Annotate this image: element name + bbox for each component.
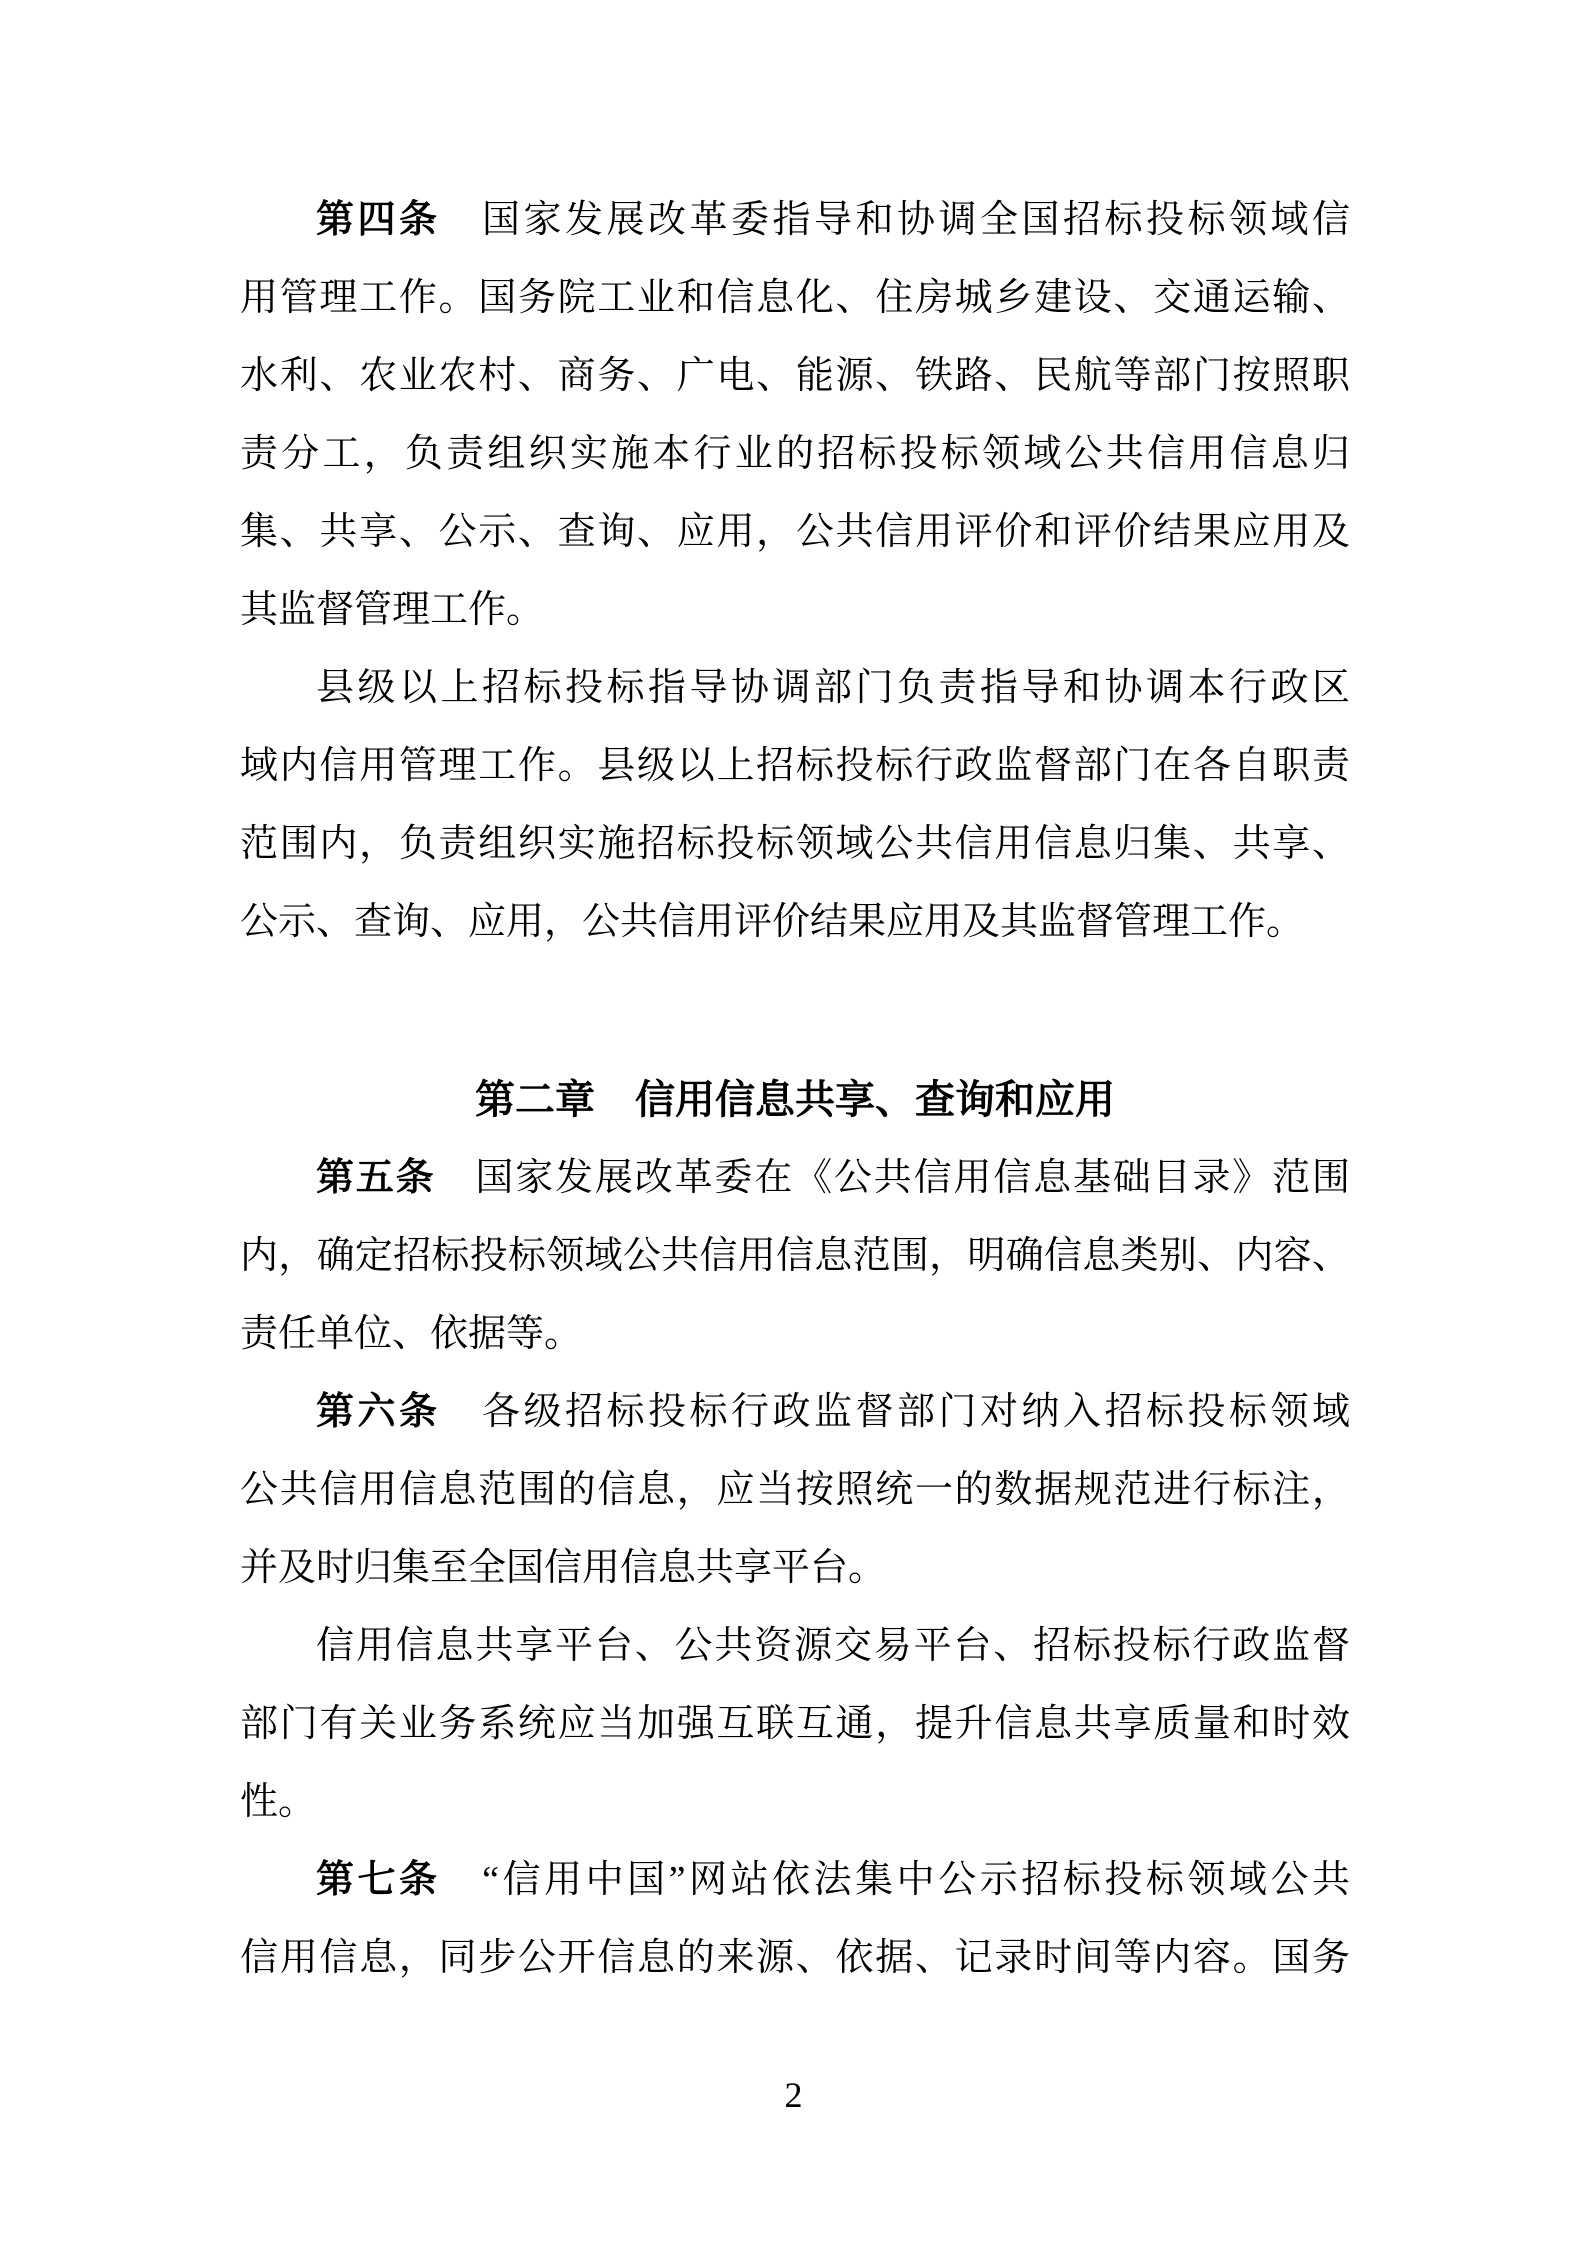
text-line: 第六条 各级招标投标行政监督部门对纳入招标投标领域 <box>240 1373 1350 1451</box>
text-segment: “信用中国”网站依法集中公示招标投标领域公共 <box>441 1859 1350 1901</box>
page-number: 2 <box>785 2075 803 2115</box>
text-segment: 各级招标投标行政监督部门对纳入招标投标领域 <box>441 1391 1350 1433</box>
text-line: 第五条 国家发展改革委在《公共信用信息基础目录》范围 <box>240 1139 1350 1217</box>
text-line: 集、共享、公示、查询、应用，公共信用评价和评价结果应用及 <box>240 493 1350 571</box>
text-line: 范围内，负责组织实施招标投标领域公共信用信息归集、共享、 <box>240 805 1350 883</box>
text-line: 信用信息共享平台、公共资源交易平台、招标投标行政监督 <box>240 1607 1350 1685</box>
chapter-2-heading: 第二章 信用信息共享、查询和应用 <box>240 1061 1350 1139</box>
text-line: 第四条 国家发展改革委指导和协调全国招标投标领域信 <box>240 181 1350 259</box>
text-line: 用管理工作。国务院工业和信息化、住房城乡建设、交通运输、 <box>240 259 1350 337</box>
text-line: 其监督管理工作。 <box>240 571 1350 649</box>
text-line: 责任单位、依据等。 <box>240 1295 1350 1373</box>
text-line: 公示、查询、应用，公共信用评价结果应用及其监督管理工作。 <box>240 883 1350 961</box>
document-page: 第四条 国家发展改革委指导和协调全国招标投标领域信 用管理工作。国务院工业和信息… <box>0 0 1587 2245</box>
article-4-label: 第四条 <box>316 199 441 241</box>
text-line: 信用信息，同步公开信息的来源、依据、记录时间等内容。国务 <box>240 1919 1350 1997</box>
text-line: 县级以上招标投标指导协调部门负责指导和协调本行政区 <box>240 649 1350 727</box>
paragraph-article-4: 第四条 国家发展改革委指导和协调全国招标投标领域信 用管理工作。国务院工业和信息… <box>240 181 1350 649</box>
article-5-label: 第五条 <box>316 1157 436 1199</box>
page-footer: 2 <box>0 2056 1587 2134</box>
paragraph-platform: 信用信息共享平台、公共资源交易平台、招标投标行政监督 部门有关业务系统应当加强互… <box>240 1607 1350 1841</box>
paragraph-county-level: 县级以上招标投标指导协调部门负责指导和协调本行政区 域内信用管理工作。县级以上招… <box>240 649 1350 961</box>
text-segment: 国家发展改革委在《公共信用信息基础目录》范围 <box>436 1157 1350 1199</box>
text-segment: 国家发展改革委指导和协调全国招标投标领域信 <box>441 199 1350 241</box>
document-body: 第四条 国家发展改革委指导和协调全国招标投标领域信 用管理工作。国务院工业和信息… <box>240 181 1350 1997</box>
article-6-label: 第六条 <box>316 1391 441 1433</box>
text-line: 域内信用管理工作。县级以上招标投标行政监督部门在各自职责 <box>240 727 1350 805</box>
text-line: 部门有关业务系统应当加强互联互通，提升信息共享质量和时效 <box>240 1685 1350 1763</box>
text-line: 并及时归集至全国信用信息共享平台。 <box>240 1529 1350 1607</box>
paragraph-article-6: 第六条 各级招标投标行政监督部门对纳入招标投标领域 公共信用信息范围的信息，应当… <box>240 1373 1350 1607</box>
text-line: 公共信用信息范围的信息，应当按照统一的数据规范进行标注， <box>240 1451 1350 1529</box>
paragraph-article-7: 第七条 “信用中国”网站依法集中公示招标投标领域公共 信用信息，同步公开信息的来… <box>240 1841 1350 1997</box>
text-line: 水利、农业农村、商务、广电、能源、铁路、民航等部门按照职 <box>240 337 1350 415</box>
text-line: 内，确定招标投标领域公共信用信息范围，明确信息类别、内容、 <box>240 1217 1350 1295</box>
text-line: 第七条 “信用中国”网站依法集中公示招标投标领域公共 <box>240 1841 1350 1919</box>
paragraph-article-5: 第五条 国家发展改革委在《公共信用信息基础目录》范围 内，确定招标投标领域公共信… <box>240 1139 1350 1373</box>
text-line: 性。 <box>240 1763 1350 1841</box>
text-line: 责分工，负责组织实施本行业的招标投标领域公共信用信息归 <box>240 415 1350 493</box>
article-7-label: 第七条 <box>316 1859 441 1901</box>
